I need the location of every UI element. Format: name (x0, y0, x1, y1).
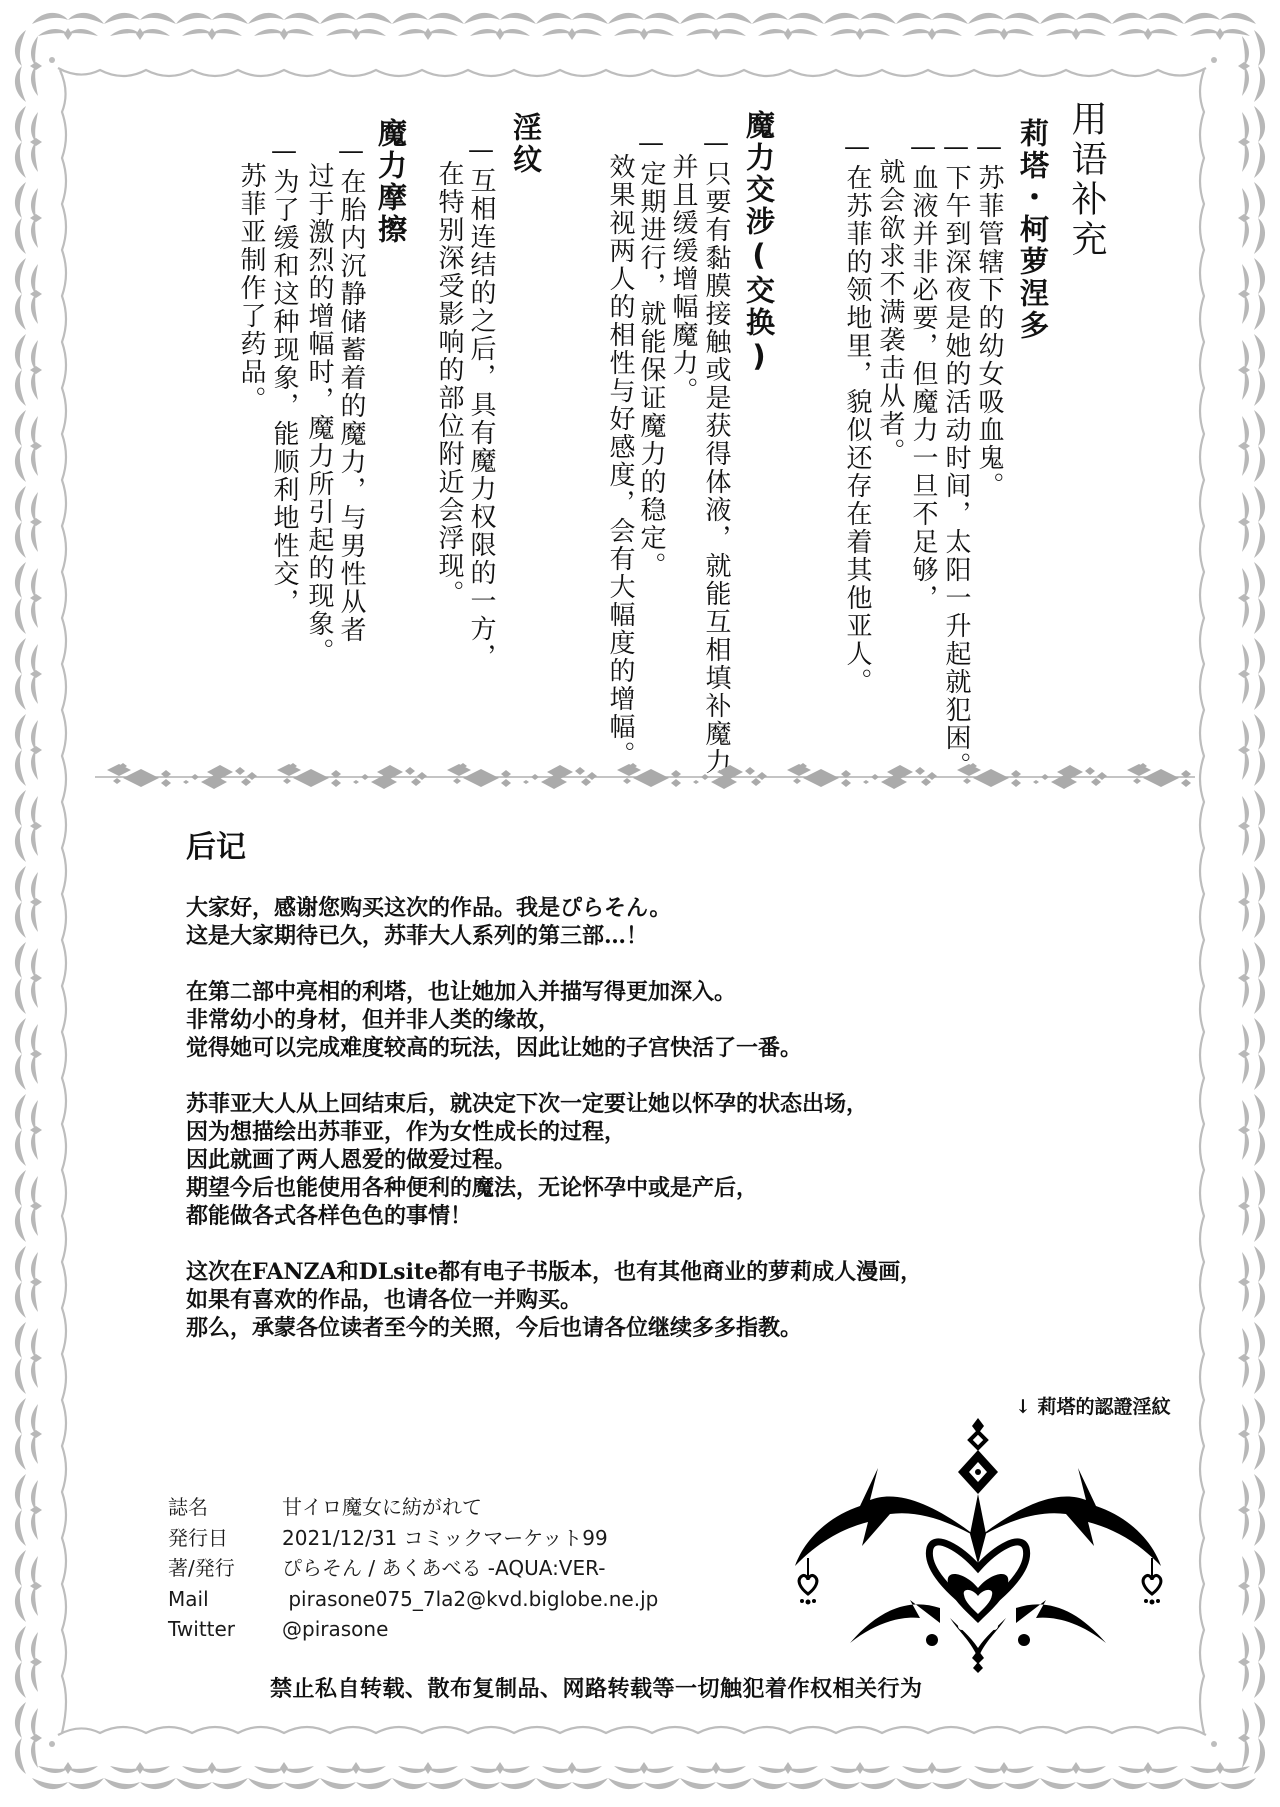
colophon-value: @pirasone (282, 1614, 388, 1644)
colophon-value: pirasone075_7la2@kvd.biglobe.ne.jp (282, 1584, 658, 1614)
glossary-line: —在胎内沉静储蓄着的魔力，与男性从者 (334, 136, 367, 644)
colophon-label: Mail (168, 1584, 282, 1614)
afterword-title: 后记 (186, 822, 246, 866)
afterword-line: 在第二部中亮相的利塔，也让她加入并描写得更加深入。 (186, 978, 922, 1006)
afterword-line: 因此就画了两人恩爱的做爱过程。 (186, 1146, 922, 1174)
afterword-line: 大家好，感谢您购买这次的作品。我是ぴらそん。 (186, 894, 922, 922)
afterword-paragraph: 在第二部中亮相的利塔，也让她加入并描写得更加深入。 非常幼小的身材，但并非人类的… (186, 978, 922, 1062)
colophon-label: 発行日 (168, 1523, 282, 1553)
afterword-paragraph: 这次在FANZA和DLsite都有电子书版本，也有其他商业的萝莉成人漫画， 如果… (186, 1258, 922, 1342)
afterword-line: 如果有喜欢的作品，也请各位一并购买。 (186, 1286, 922, 1314)
colophon-label: 誌名 (168, 1492, 282, 1522)
colophon-label: 著/発行 (168, 1553, 282, 1583)
afterword-paragraph: 大家好，感谢您购买这次的作品。我是ぴらそん。 这是大家期待已久，苏菲大人系列的第… (186, 894, 922, 950)
afterword-line: 那么，承蒙各位读者至今的关照，今后也请各位继续多多指教。 (186, 1314, 922, 1342)
afterword-line: 这次在FANZA和DLsite都有电子书版本，也有其他商业的萝莉成人漫画， (186, 1258, 922, 1286)
colophon-row-title: 誌名甘イロ魔女に紡がれて (168, 1492, 658, 1523)
afterword-line: 都能做各式各样色色的事情！ (186, 1202, 922, 1230)
glossary-line: 效果视两人的相性与好感度，会有大幅度的增幅。 (603, 153, 636, 769)
afterword-line: 因为想描绘出苏菲亚，作为女性成长的过程， (186, 1118, 922, 1146)
glossary-line: —下午到深夜是她的活动时间，太阳一升起就犯困。 (939, 132, 972, 780)
afterword-body: 大家好，感谢您购买这次的作品。我是ぴらそん。 这是大家期待已久，苏菲大人系列的第… (186, 894, 922, 1370)
afterword-line: 非常幼小的身材，但并非人类的缘故， (186, 1006, 922, 1034)
glossary-heading-lita: 莉塔・柯萝涅多 (1016, 118, 1049, 342)
glossary-line: —互相连结的之后，具有魔力权限的一方， (464, 135, 497, 671)
afterword-line: 期望今后也能使用各种便利的魔法，无论怀孕中或是产后， (186, 1174, 922, 1202)
diamond-divider (95, 762, 1195, 792)
glossary-line: —为了缓和这种现象，能顺利地性交， (267, 136, 300, 616)
colophon-value: ぴらそん / あくあべる -AQUA:VER- (282, 1553, 605, 1583)
colophon-row-date: 発行日2021/12/31 コミックマーケット99 (168, 1523, 658, 1554)
afterword-paragraph: 苏菲亚大人从上回结束后，就决定下次一定要让她以怀孕的状态出场， 因为想描绘出苏菲… (186, 1090, 922, 1230)
glossary-line: 过于激烈的增幅时，魔力所引起的现象。 (302, 162, 335, 666)
glossary-line: 在特别深受影响的部位附近会浮现。 (432, 160, 465, 608)
glossary-heading-mana-friction: 魔力摩擦 (374, 118, 407, 246)
glossary-line: —血液并非必要，但魔力一旦不足够， (906, 132, 939, 612)
copyright-notice: 禁止私自转载、散布复制品、网路转载等一切触犯着作权相关行为 (270, 1672, 923, 1703)
glossary-heading-mana-exchange: 魔力交涉(交换) (742, 110, 775, 376)
glossary-line: —定期进行，就能保证魔力的稳定。 (634, 128, 667, 580)
colophon-label: Twitter (168, 1614, 282, 1644)
glossary-line: —在苏菲的领地里，貌似还存在着其他亚人。 (840, 132, 873, 696)
afterword-line: 苏菲亚大人从上回结束后，就决定下次一定要让她以怀孕的状态出场， (186, 1090, 922, 1118)
colophon: 誌名甘イロ魔女に紡がれて 発行日2021/12/31 コミックマーケット99 著… (168, 1492, 658, 1645)
glossary-title: 用语补充 (1070, 100, 1103, 260)
afterword-line: 觉得她可以完成难度较高的玩法，因此让她的子宫快活了一番。 (186, 1034, 922, 1062)
glossary-line: 并且缓缓增幅魔力。 (666, 153, 699, 405)
heart-bat-wing-crest-icon (790, 1418, 1170, 1673)
colophon-value: 2021/12/31 コミックマーケット99 (282, 1523, 608, 1553)
glossary-line: —苏菲管辖下的幼女吸血鬼。 (972, 132, 1005, 500)
glossary-heading-lewd-crest: 淫纹 (509, 112, 542, 176)
crest-caption: ↓ 莉塔的認證淫紋 (1015, 1392, 1171, 1419)
glossary-line: 就会欲求不满袭击从者。 (873, 158, 906, 466)
colophon-row-twitter: Twitter@pirasone (168, 1614, 658, 1645)
colophon-row-mail: Mail pirasone075_7la2@kvd.biglobe.ne.jp (168, 1584, 658, 1615)
afterword-line: 这是大家期待已久，苏菲大人系列的第三部…！ (186, 922, 922, 950)
colophon-value: 甘イロ魔女に紡がれて (282, 1492, 482, 1522)
glossary-line: 苏菲亚制作了药品。 (234, 162, 267, 414)
colophon-row-author: 著/発行ぴらそん / あくあべる -AQUA:VER- (168, 1553, 658, 1584)
glossary-line: —只要有黏膜接触或是获得体液，就能互相填补魔力， (699, 128, 732, 804)
